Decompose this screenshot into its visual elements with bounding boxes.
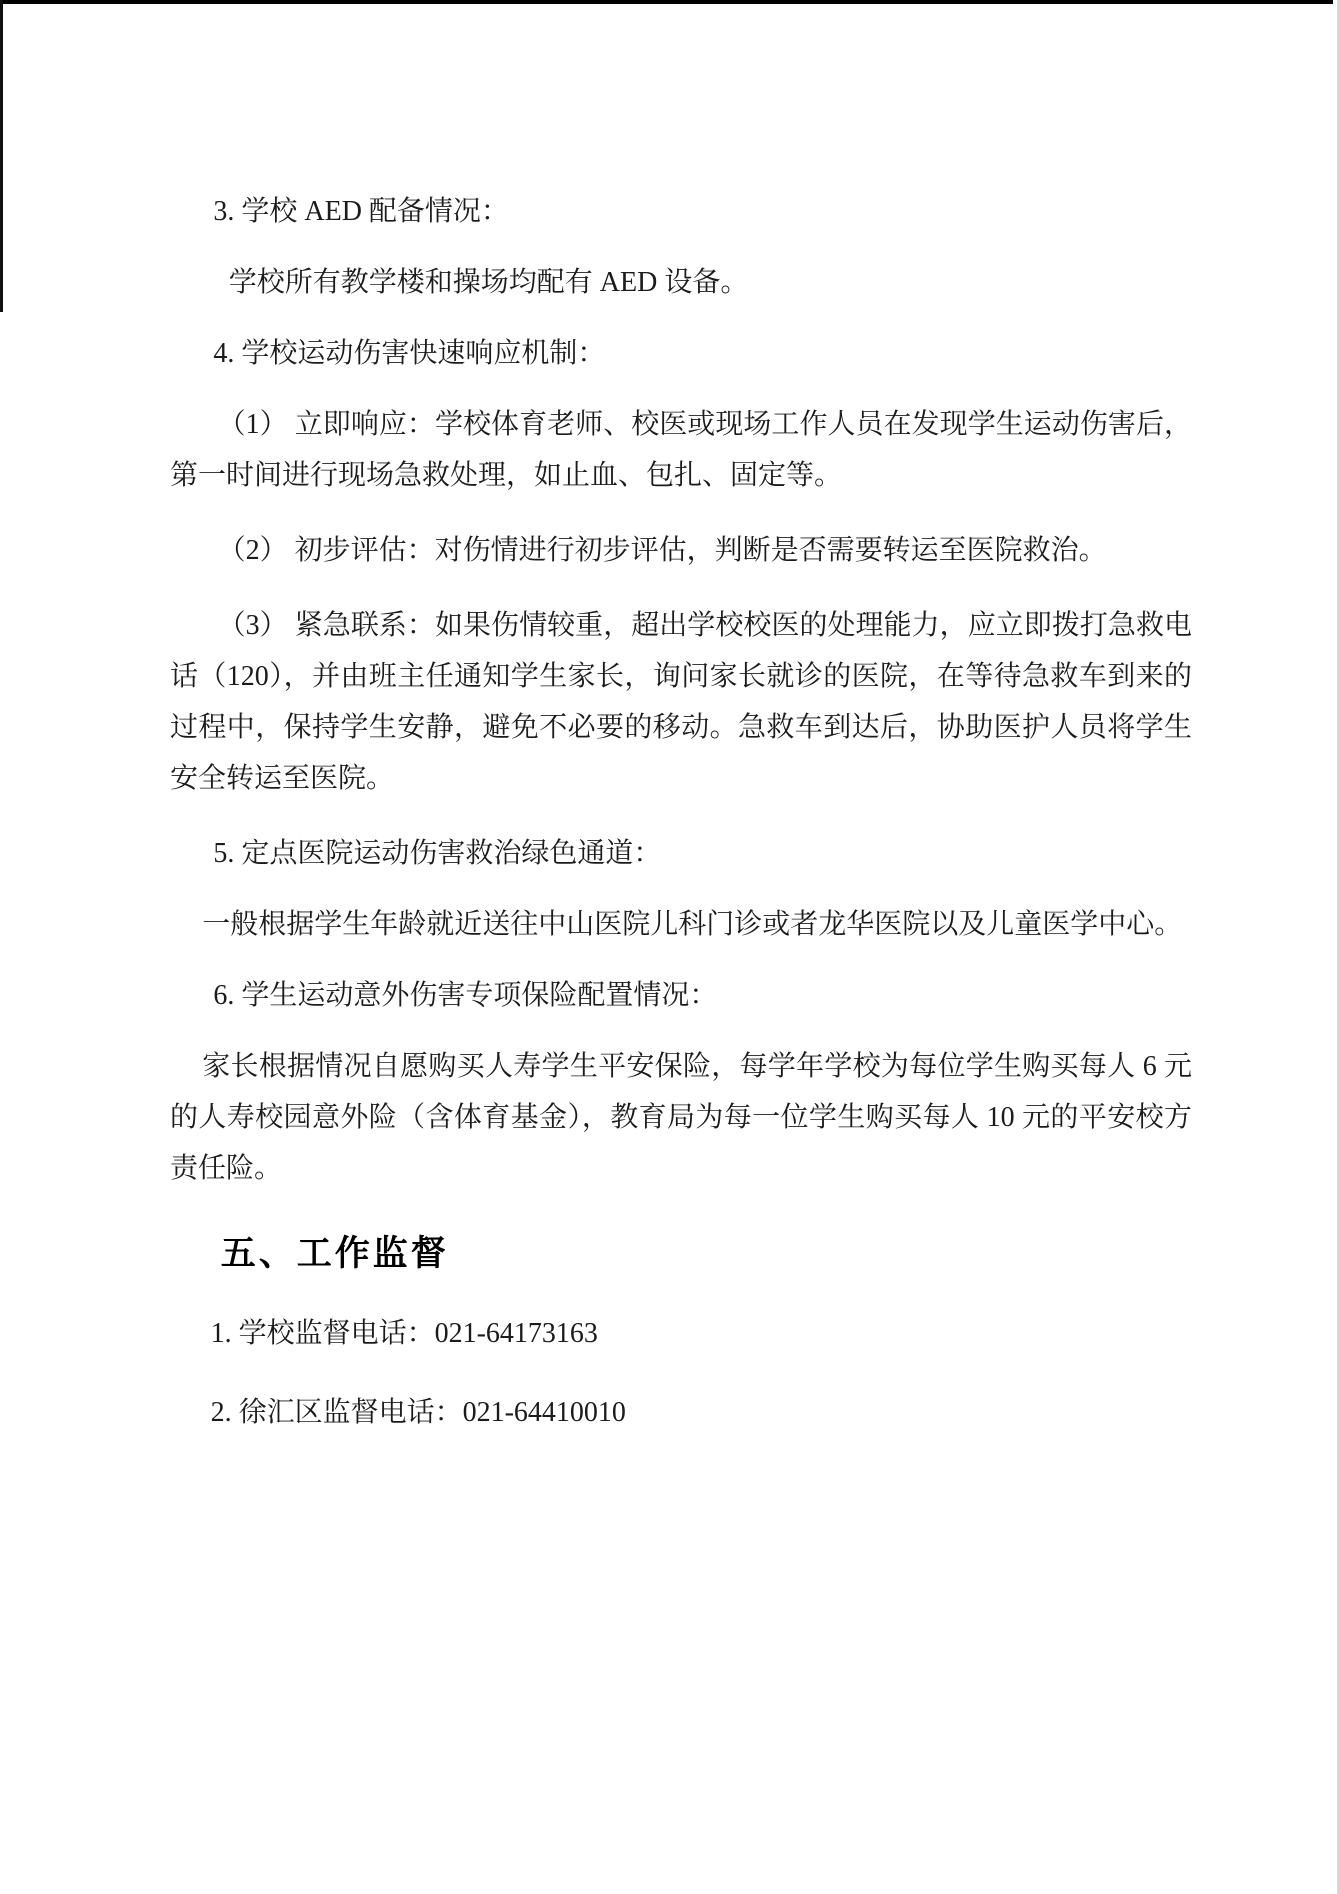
scan-artifact-top-border [0, 0, 1333, 4]
district-supervision-phone: 2. 徐汇区监督电话：021-64410010 [170, 1387, 1192, 1438]
section-heading-supervision: 五、工作监督 [170, 1232, 1192, 1276]
item-6-insurance-heading: 6. 学生运动意外伤害专项保险配置情况： [170, 970, 1192, 1021]
item-6-insurance-detail: 家长根据情况自愿购买人寿学生平安保险，每学年学校为每位学生购买每人 6 元的人寿… [170, 1041, 1192, 1194]
item-5-hospital-heading: 5. 定点医院运动伤害救治绿色通道： [170, 828, 1192, 879]
item-5-hospital-detail: 一般根据学生年龄就近送往中山医院儿科门诊或者龙华医院以及儿童医学中心。 [170, 899, 1192, 950]
school-supervision-phone: 1. 学校监督电话：021-64173163 [170, 1308, 1192, 1359]
item-4-point-2-assessment: （2） 初步评估：对伤情进行初步评估，判断是否需要转运至医院救治。 [170, 525, 1192, 576]
item-3-aed-heading: 3. 学校 AED 配备情况： [170, 186, 1192, 237]
item-4-response-heading: 4. 学校运动伤害快速响应机制： [170, 328, 1192, 379]
item-4-point-3-emergency: （3） 紧急联系：如果伤情较重，超出学校校医的处理能力，应立即拨打急救电话（12… [170, 600, 1192, 804]
document-page-body: 3. 学校 AED 配备情况： 学校所有教学楼和操场均配有 AED 设备。 4.… [170, 176, 1192, 1466]
scan-artifact-left-border [0, 0, 3, 312]
item-4-point-1-immediate: （1） 立即响应：学校体育老师、校医或现场工作人员在发现学生运动伤害后，第一时间… [170, 399, 1192, 501]
item-3-aed-detail: 学校所有教学楼和操场均配有 AED 设备。 [170, 257, 1192, 308]
